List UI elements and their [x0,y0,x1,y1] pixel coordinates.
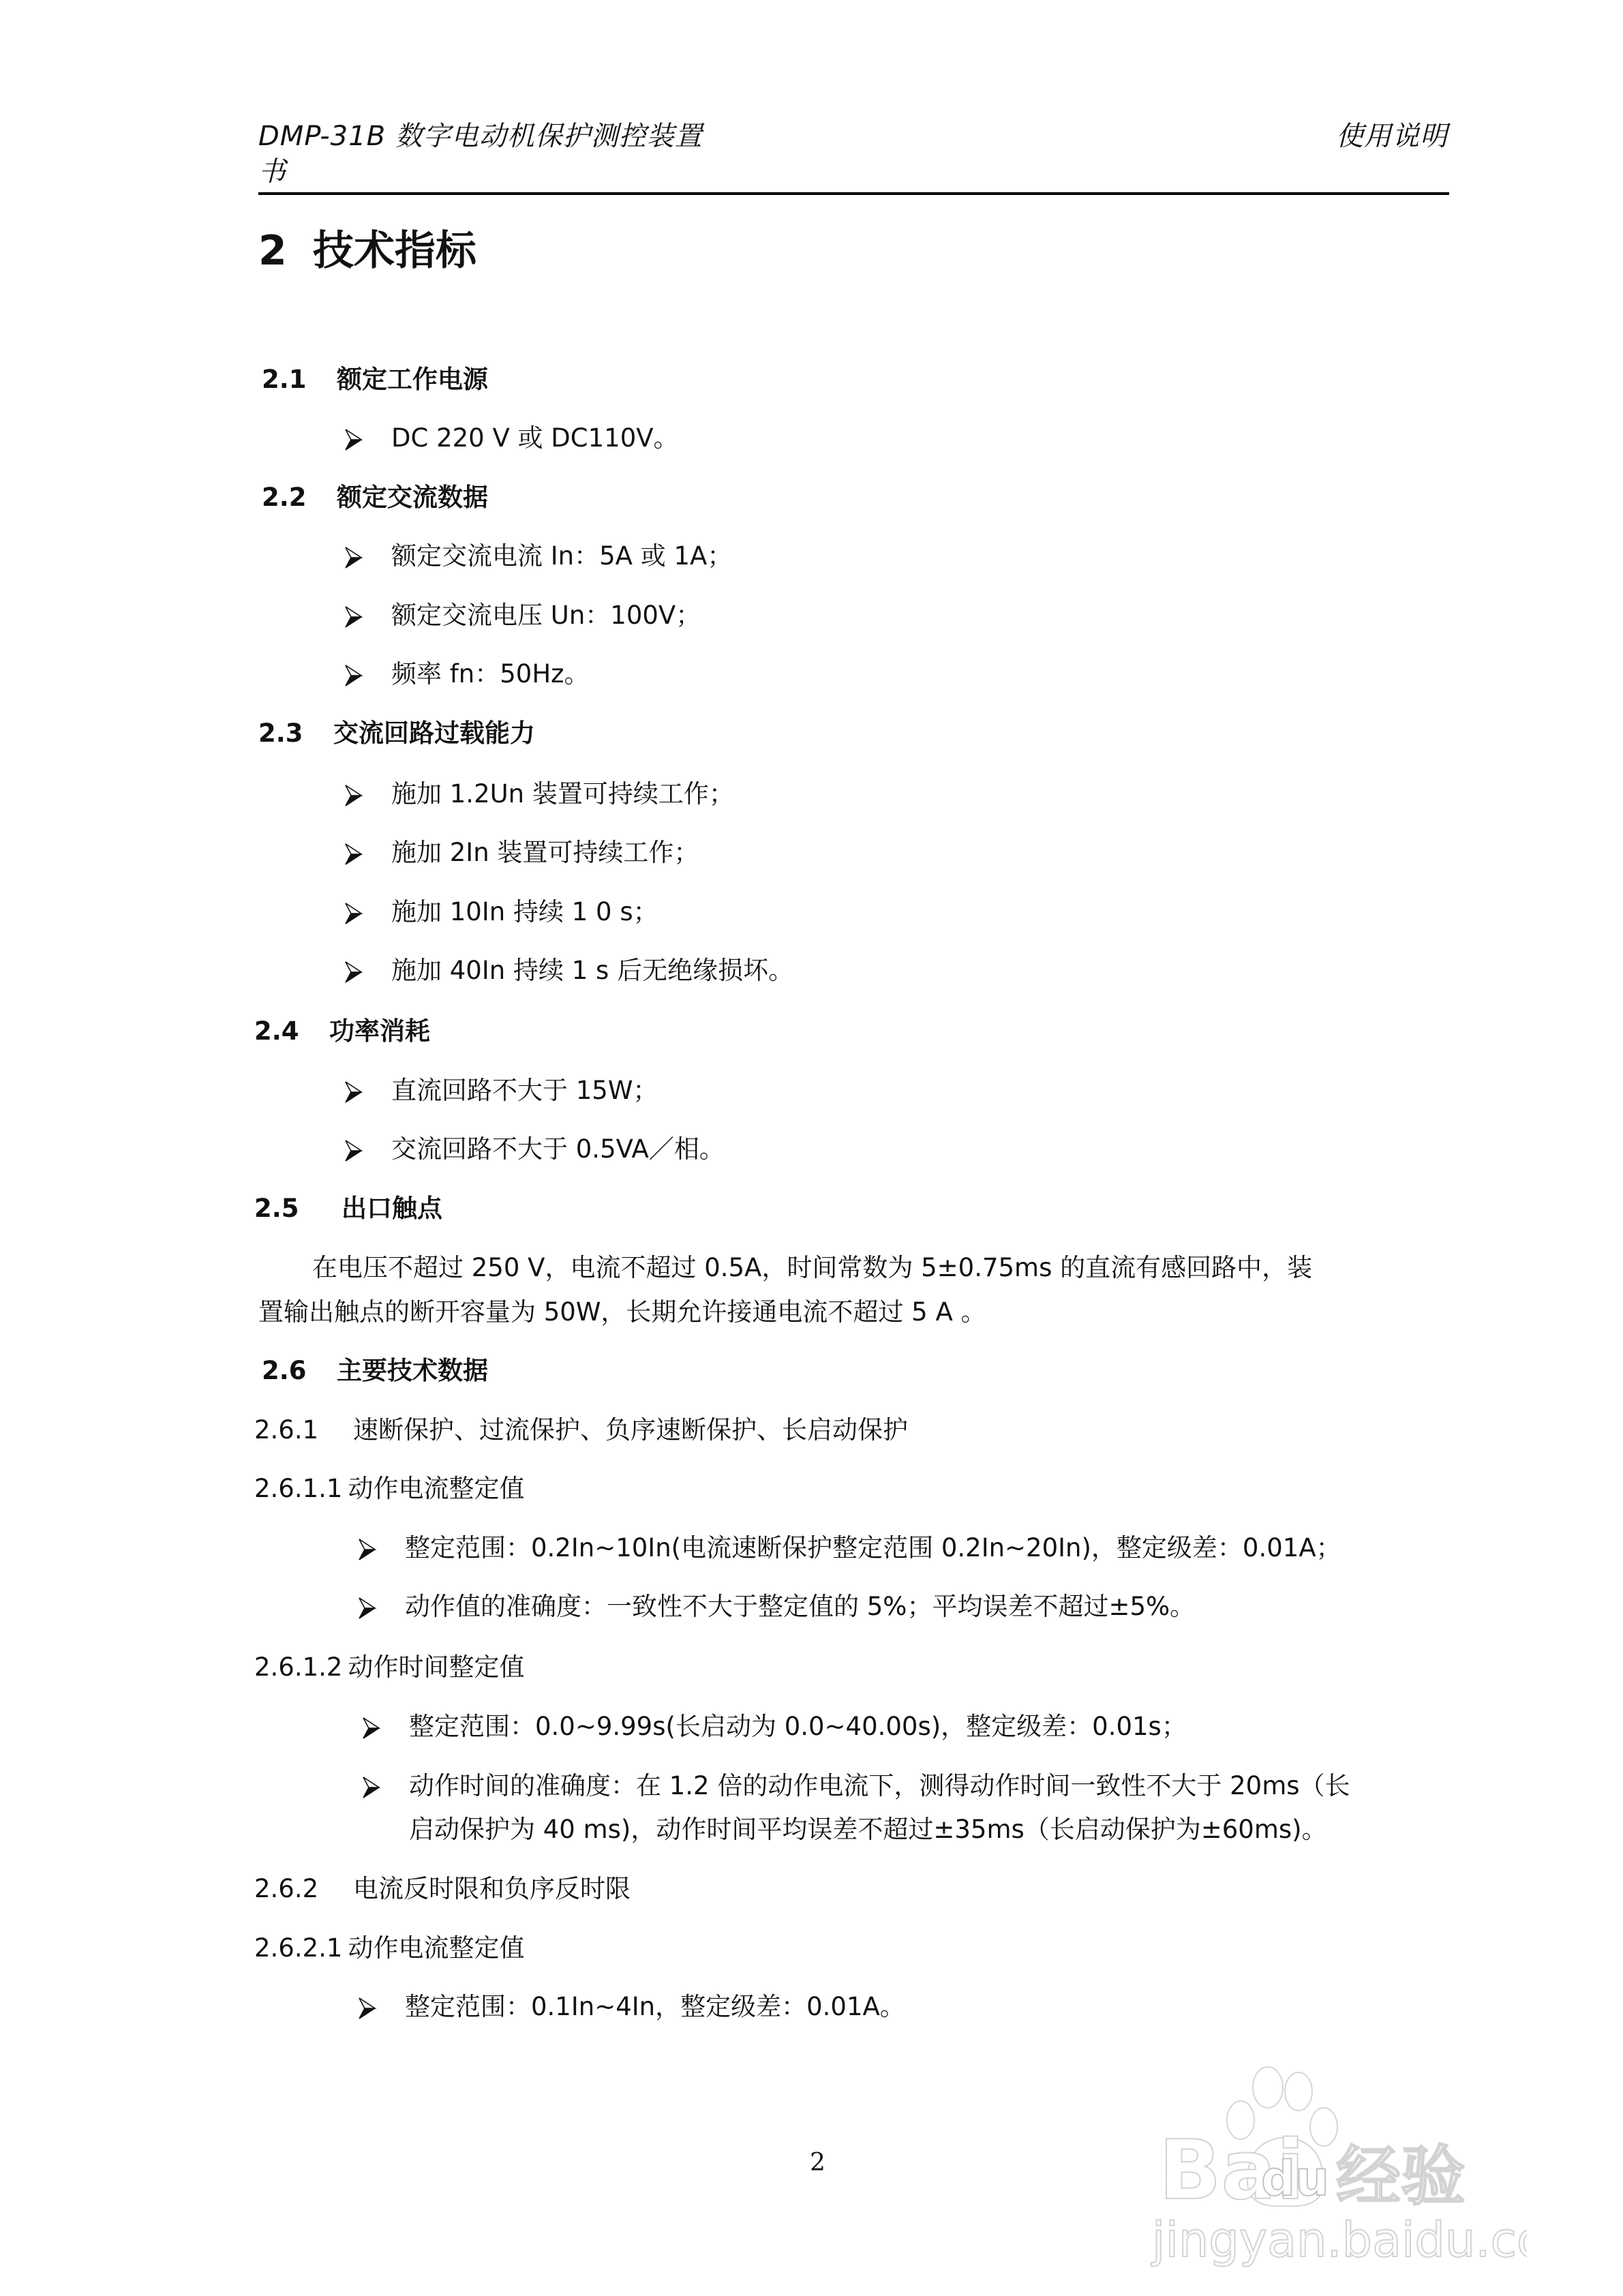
list-item-text: 频率 fn：50Hz。 [391,659,590,689]
section-number: 2.1 [262,367,337,392]
section-title: 额定交流数据 [337,483,488,512]
subsection-number: 2.6.1.1 [254,1476,342,1501]
list-item: 额定交流电流 In：5A 或 1A； [391,543,732,569]
baidu-paw-logo-icon: Bai du 经验 jingyan.baidu.com [1145,2045,1527,2270]
baidu-jingyan-watermark: Bai du 经验 jingyan.baidu.com [1145,2045,1527,2270]
list-item-text: 施加 40In 持续 1 s 后无绝缘损坏。 [391,956,793,985]
list-item: 直流回路不大于 15W； [391,1078,658,1103]
svg-text:jingyan.baidu.com: jingyan.baidu.com [1151,2212,1527,2268]
list-item: 整定范围：0.2In~10In(电流速断保护整定范围 0.2In~20In)，整… [405,1535,1341,1560]
subsection-heading-2-6-1: 2.6.1速断保护、过流保护、负序速断保护、长启动保护 [254,1417,908,1442]
subsection-heading-2-6-2-1: 2.6.2.1动作电流整定值 [254,1935,524,1961]
list-item-text: 额定交流电压 Un：100V； [391,601,701,630]
list-item-text: 额定交流电流 In：5A 或 1A； [391,541,732,571]
list-item-text: 直流回路不大于 15W； [391,1076,658,1105]
section-title: 交流回路过载能力 [333,719,535,748]
svg-text:经验: 经验 [1336,2139,1466,2214]
list-item: 施加 1.2Un 装置可持续工作； [391,781,734,806]
subsection-title: 动作时间整定值 [348,1652,524,1682]
subsection-number: 2.6.2 [254,1876,353,1901]
section-heading-2-4: 2.4功率消耗 [254,1018,430,1044]
subsection-number: 2.6.1.2 [254,1655,342,1680]
list-item-text: 施加 10In 持续 1 0 s； [391,897,658,926]
list-item: 动作值的准确度：一致性不大于整定值的 5%；平均误差不超过±5%。 [405,1594,1195,1619]
list-item: 施加 2In 装置可持续工作； [391,840,699,865]
list-item-text: 施加 1.2Un 装置可持续工作； [391,779,734,809]
section-heading-2-2: 2.2额定交流数据 [262,485,488,510]
section-title: 主要技术数据 [337,1356,488,1385]
list-item-continuation: 启动保护为 40 ms)，动作时间平均误差不超过±35ms（长启动保护为±60m… [409,1817,1327,1842]
section-heading-2-6: 2.6主要技术数据 [262,1358,488,1383]
list-item-text: 交流回路不大于 0.5VA／相。 [391,1134,725,1164]
subsection-title: 动作电流整定值 [348,1933,524,1963]
section-number: 2.4 [254,1018,329,1044]
chapter-number: 2 [258,230,313,271]
section-heading-2-1: 2.1额定工作电源 [262,367,488,392]
list-item: 交流回路不大于 0.5VA／相。 [391,1136,725,1162]
section-number: 2.2 [262,485,337,510]
subsection-heading-2-6-1-2: 2.6.1.2动作时间整定值 [254,1655,524,1680]
list-item: 整定范围：0.0~9.99s(长启动为 0.0~40.00s)，整定级差：0.0… [409,1714,1187,1739]
list-item-text: 动作值的准确度：一致性不大于整定值的 5%；平均误差不超过±5%。 [405,1592,1195,1621]
subsection-title: 电流反时限和负序反时限 [353,1874,631,1903]
page-number: 2 [810,2149,825,2177]
list-item-text: 动作时间的准确度：在 1.2 倍的动作电流下，测得动作时间一致性不大于 20ms… [409,1771,1350,1800]
header-doc-title: DMP-31B 数字电动机保护测控装置 [258,123,703,150]
subsection-number: 2.6.2.1 [254,1935,342,1961]
list-item: 整定范围：0.1In~4In，整定级差：0.01A。 [405,1994,905,2019]
list-item: 频率 fn：50Hz。 [391,661,590,686]
section-number: 2.6 [262,1358,337,1383]
subsection-number: 2.6.1 [254,1417,353,1442]
paragraph-line: 在电压不超过 250 V，电流不超过 0.5A，时间常数为 5±0.75ms 的… [312,1255,1312,1280]
list-item-text: 整定范围：0.0~9.99s(长启动为 0.0~40.00s)，整定级差：0.0… [409,1712,1187,1741]
subsection-title: 动作电流整定值 [348,1474,524,1503]
header-doc-title-wrap: 书 [258,158,286,185]
list-item-text: 施加 2In 装置可持续工作； [391,838,699,867]
svg-text:du: du [1261,2151,1329,2207]
list-item: DC 220 V 或 DC110V。 [391,425,679,451]
paragraph-line: 置输出触点的断开容量为 50W，长期允许接通电流不超过 5 A 。 [258,1299,986,1325]
section-number: 2.3 [258,721,333,746]
list-item-text: 整定范围：0.1In~4In，整定级差：0.01A。 [405,1992,905,2021]
header-manual-label: 使用说明 [1336,123,1448,150]
list-item: 施加 40In 持续 1 s 后无绝缘损坏。 [391,958,793,983]
subsection-heading-2-6-2: 2.6.2电流反时限和负序反时限 [254,1876,631,1901]
section-heading-2-3: 2.3交流回路过载能力 [258,721,535,746]
section-title: 功率消耗 [329,1016,430,1046]
section-title: 出口触点 [342,1194,442,1223]
subsection-title: 速断保护、过流保护、负序速断保护、长启动保护 [353,1415,908,1445]
header-rule [258,192,1449,195]
list-item-text: 整定范围：0.2In~10In(电流速断保护整定范围 0.2In~20In)，整… [405,1533,1341,1562]
section-title: 额定工作电源 [337,365,488,394]
list-item: 动作时间的准确度：在 1.2 倍的动作电流下，测得动作时间一致性不大于 20ms… [409,1773,1350,1798]
chapter-heading: 2技术指标 [258,230,476,271]
list-item: 额定交流电压 Un：100V； [391,603,701,628]
subsection-heading-2-6-1-1: 2.6.1.1动作电流整定值 [254,1476,524,1501]
chapter-title: 技术指标 [313,227,476,275]
list-item: 施加 10In 持续 1 0 s； [391,899,658,924]
list-item-text: DC 220 V 或 DC110V。 [391,423,679,453]
section-heading-2-5: 2.5出口触点 [254,1196,442,1221]
section-number: 2.5 [254,1196,342,1221]
